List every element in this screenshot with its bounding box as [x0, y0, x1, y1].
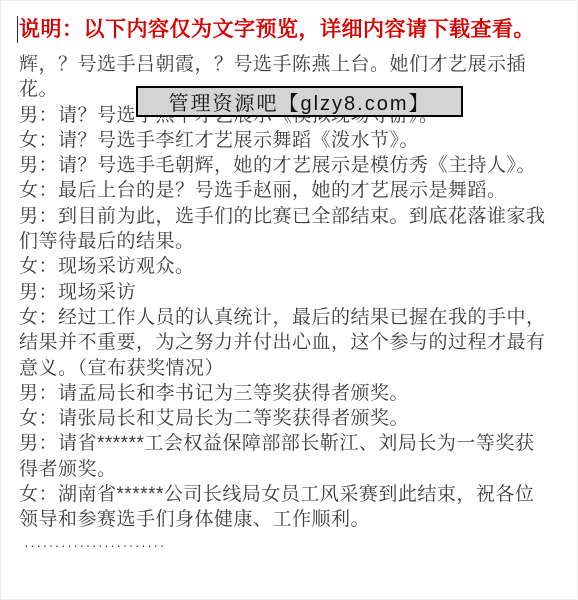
document-line: 女：湖南省******公司长线局女员工风采赛到此结束，祝各位 [19, 482, 569, 507]
document-line: 男：到目前为此，选手们的比赛已全部结束。到底花落谁家我 [19, 204, 569, 229]
document-line: 女：现场采访观众。 [19, 254, 569, 279]
document-line: 意义。（宣布获奖情况） [19, 356, 569, 381]
document-line: 女：最后上台的是？号选手赵丽，她的才艺展示是舞蹈。 [19, 178, 569, 203]
document-line: 女：经过工作人员的认真统计，最后的结果已握在我的手中， [19, 305, 569, 330]
document-line: 男：请孟局长和李书记为三等奖获得者颁奖。 [19, 381, 569, 406]
document-line: 结果并不重要，为之努力并付出心血，这个参与的过程才最有 [19, 330, 569, 355]
document-line: 男：请？号选手毛朝辉，她的才艺展示是模仿秀《主持人》。 [19, 153, 569, 178]
preview-notice: 说明：以下内容仅为文字预览，详细内容请下载查看。 [19, 13, 535, 43]
document-body: 辉，？号选手吕朝霞，？号选手陈燕上台。她们才艺展示插 花。 男：请？号选手燕平才… [19, 52, 569, 558]
watermark-box: 管理资源吧【glzy8.com】 [136, 86, 463, 117]
text-cursor [17, 16, 18, 43]
document-line: 女：请？号选手李红才艺展示舞蹈《泼水节》。 [19, 128, 569, 153]
watermark-text: 管理资源吧【glzy8.com】 [168, 87, 430, 116]
document-line: 男：现场采访 [19, 280, 569, 305]
document-line: 们等待最后的结果。 [19, 229, 569, 254]
document-line: 领导和参赛选手们身体健康、工作顺利。 [19, 507, 569, 532]
document-preview-page: 说明：以下内容仅为文字预览，详细内容请下载查看。 辉，？号选手吕朝霞，？号选手陈… [0, 0, 578, 600]
document-line: 女：请张局长和艾局长为二等奖获得者颁奖。 [19, 406, 569, 431]
document-line: 得者颁奖。 [19, 457, 569, 482]
truncation-dots: ······················· [19, 533, 569, 558]
document-line: 辉，？号选手吕朝霞，？号选手陈燕上台。她们才艺展示插 [19, 52, 569, 77]
document-line: 男：请省******工会权益保障部部长靳江、刘局长为一等奖获 [19, 431, 569, 456]
